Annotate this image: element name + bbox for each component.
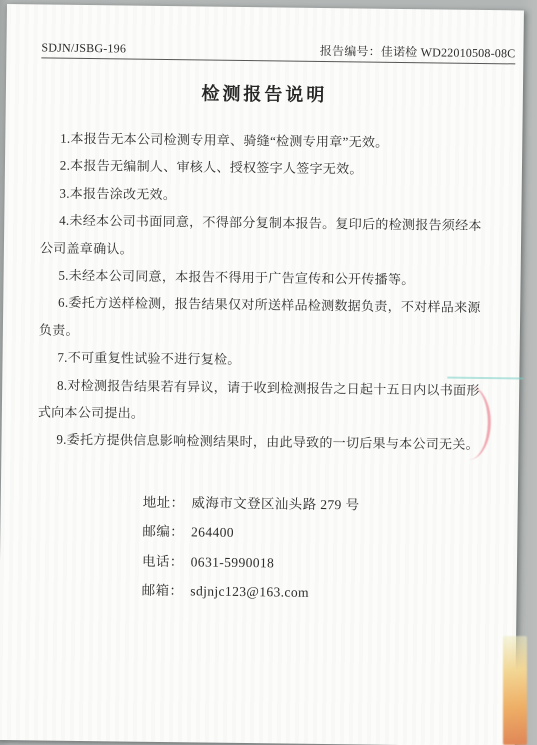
contact-row-phone: 电话：0631-5990018 [142,546,517,580]
contact-row-email: 邮箱：sdjnjc123@163.com [141,576,516,610]
report-notice-page: SDJN/JSBG-196 报告编号：佳诺检 WD22010508-08C 检测… [0,4,524,745]
doc-code: SDJN/JSBG-196 [41,40,126,56]
phone-value: 0631-5990018 [191,554,275,570]
phone-label: 电话： [142,553,184,569]
notes-list: 1.本报告无本公司检测专用章、骑缝“检测专用章”无效。 2.本报告无编制人、审核… [37,124,489,458]
report-number: 报告编号：佳诺检 WD22010508-08C [320,42,516,61]
contact-block: 地址：威海市文登区汕头路 279 号 邮编：264400 电话：0631-599… [141,488,517,610]
note-item-6: 6.委托方送样检测，报告结果仅对所送样品检测数据负责，不对样品来源负责。 [39,289,488,349]
page-header: SDJN/JSBG-196 报告编号：佳诺检 WD22010508-08C [41,38,515,64]
contact-row-address: 地址：威海市文登区汕头路 279 号 [143,488,518,522]
contact-row-postcode: 邮编：264400 [142,517,517,551]
page-title: 检测报告说明 [6,79,523,110]
underlying-page-edge [503,636,527,745]
address-value: 威海市文登区汕头路 279 号 [191,495,359,512]
note-item-4: 4.未经本公司书面同意，不得部分复制本报告。复印后的检测报告须经本公司盖章确认。 [40,207,489,267]
postcode-value: 264400 [191,525,234,541]
address-label: 地址： [143,495,185,511]
note-item-8: 8.对检测报告结果若有异议，请于收到检测报告之日起十五日内以书面形式向本公司提出… [38,371,487,431]
note-item-9: 9.委托方提供信息影响检测结果时，由此导致的一切后果与本公司无关。 [37,426,485,459]
email-label: 邮箱： [142,583,184,599]
email-value: sdjnjc123@163.com [190,583,309,599]
scan-background: SDJN/JSBG-196 报告编号：佳诺检 WD22010508-08C 检测… [0,0,537,745]
postcode-label: 邮编： [142,524,184,540]
